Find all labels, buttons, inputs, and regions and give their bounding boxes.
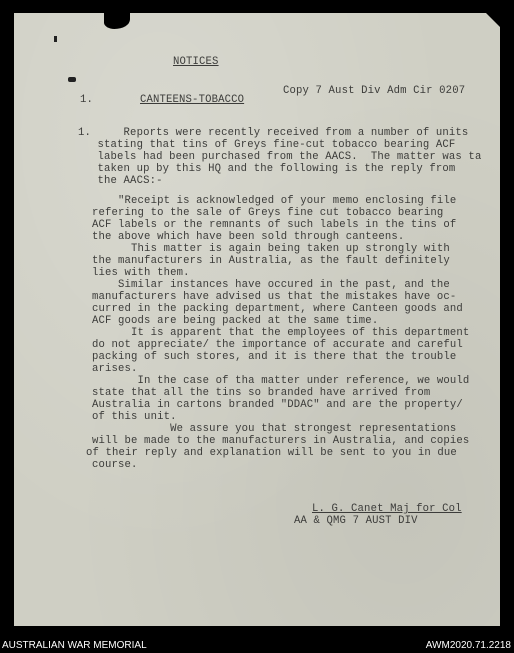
ink-speck [68, 77, 76, 82]
text-line: stating that tins of Greys fine-cut toba… [78, 139, 455, 151]
text-line: arises. [92, 363, 138, 375]
text-line: ACF labels or the remnants of such label… [92, 219, 456, 231]
text-line: course. [92, 459, 138, 471]
heading-notices: NOTICES [173, 56, 219, 68]
ink-speck [54, 36, 57, 42]
item-title: CANTEENS-TOBACCO [140, 94, 244, 106]
text-line: refering to the sale of Greys fine cut t… [92, 207, 443, 219]
signature: L. G. Canet Maj for Col [312, 503, 462, 515]
text-line: of this unit. [92, 411, 177, 423]
text-line: 1. Reports were recently received from a… [78, 127, 468, 139]
text-line: the AACS:- [78, 175, 163, 187]
text-line: "Receipt is acknowledged of your memo en… [92, 195, 456, 207]
text-line: labels had been purchased from the AACS.… [78, 151, 481, 163]
text-line: do not appreciate/ the importance of acc… [92, 339, 463, 351]
text-line: Australia in cartons branded "DDAC" and … [92, 399, 463, 411]
paper-corner-fold [486, 13, 500, 27]
text-line: the above which have been sold through c… [92, 231, 404, 243]
text-line: manufacturers have advised us that the m… [92, 291, 456, 303]
text-line: of their reply and explanation will be s… [86, 447, 457, 459]
text-line: state that all the tins so branded have … [92, 387, 430, 399]
footer-accession-number: AWM2020.71.2218 [426, 640, 511, 652]
text-line: It is apparent that the employees of thi… [92, 327, 469, 339]
paper-tear [104, 13, 130, 29]
text-line: curred in the packing department, where … [92, 303, 463, 315]
footer-institution: AUSTRALIAN WAR MEMORIAL [2, 640, 147, 652]
text-line: This matter is again being taken up stro… [92, 243, 450, 255]
text-line: packing of such stores, and it is there … [92, 351, 456, 363]
text-line: will be made to the manufacturers in Aus… [92, 435, 469, 447]
document-page: NOTICES 1. CANTEENS-TOBACCO Copy 7 Aust … [14, 13, 500, 626]
reference-line: Copy 7 Aust Div Adm Cir 0207 [283, 85, 465, 97]
text-line: Similar instances have occured in the pa… [92, 279, 450, 291]
text-line: We assure you that strongest representat… [92, 423, 456, 435]
signature-title: AA & QMG 7 AUST DIV [294, 515, 418, 527]
text-line: In the case of tha matter under referenc… [92, 375, 469, 387]
text-line: the manufacturers in Australia, as the f… [92, 255, 450, 267]
text-line: ACF goods are being packed at the same t… [92, 315, 378, 327]
text-line: taken up by this HQ and the following is… [78, 163, 455, 175]
text-line: lies with them. [92, 267, 190, 279]
item-number: 1. [80, 94, 93, 106]
